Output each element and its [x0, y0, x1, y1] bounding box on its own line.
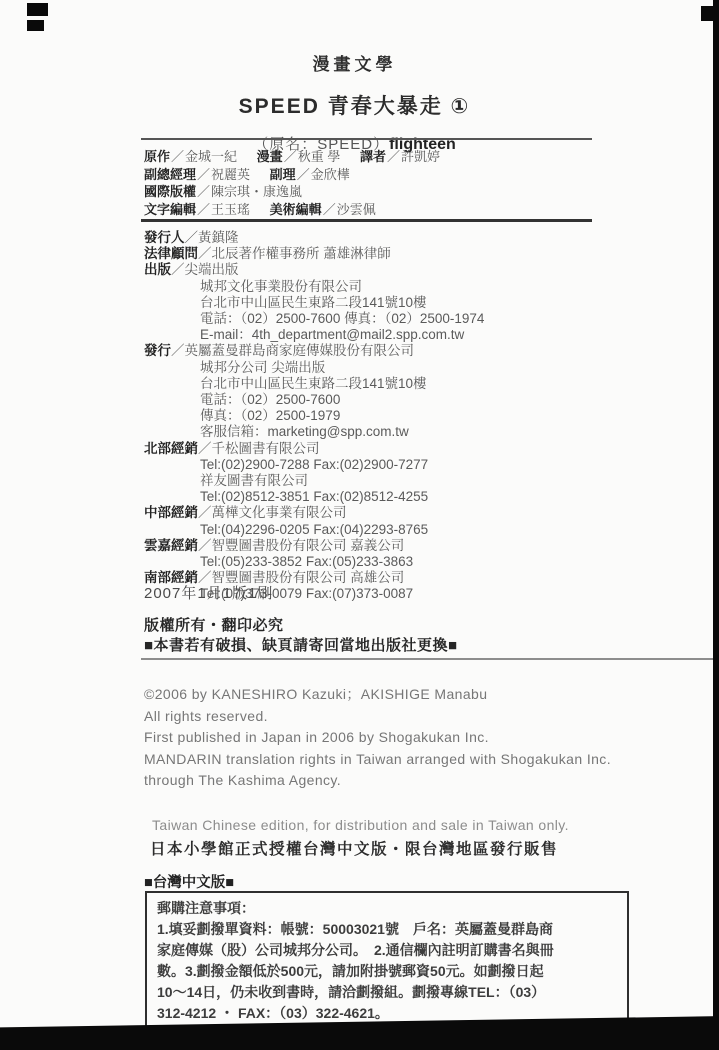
entry-separator: ／ [171, 262, 185, 277]
credit-label: 文字編輯 [144, 201, 196, 219]
credit-value: 秋重 學 [298, 148, 341, 166]
credits-block: 原作／金城一紀 漫畫／秋重 學 譯者／許凱婷 副總經理／祝麗英 副理／金欣樺 國… [144, 148, 456, 218]
credit-label: 國際版權 [144, 183, 196, 201]
scan-artifact-bottom-bar [0, 1037, 719, 1050]
entry-subline: 城邦分公司 尖端出版 [144, 360, 484, 376]
entry-subline: 傳真：（02）2500-1979 [144, 408, 484, 424]
publisher-entry: 雲嘉經銷／智豐圖書股份有限公司 嘉義公司 Tel:(05)233-3852 Fa… [144, 538, 484, 570]
publisher-entry: 出版／尖端出版 城邦文化事業股份有限公司 台北市中山區民生東路二段141號10樓… [144, 262, 484, 343]
credit-label: 原作 [144, 148, 170, 166]
credit-separator: ／ [296, 166, 311, 184]
english-copyright-line: through The Kashima Agency. [144, 770, 611, 792]
colophon-page: 漫畫文學 SPEED 青春大暴走 ① （原名：SPEED）flighteen 原… [0, 0, 719, 1050]
entry-label: 法律顧問 [144, 246, 198, 261]
entry-subline: E-mail：4th_department@mail2.spp.com.tw [144, 327, 484, 343]
credit-value: 金城一紀 [185, 148, 237, 166]
scan-artifact-top-left-1 [27, 3, 48, 16]
entry-subline: 城邦文化事業股份有限公司 [144, 279, 484, 295]
entry-subline: Tel:(02)2900-7288 Fax:(02)2900-7277 [144, 457, 484, 473]
credit-separator: ／ [322, 201, 337, 219]
credit-separator: ／ [196, 183, 211, 201]
credit-value: 許凱婷 [401, 148, 440, 166]
entry-subline: Tel:(05)233-3852 Fax:(05)233-3863 [144, 554, 484, 570]
english-copyright-line: First published in Japan in 2006 by Shog… [144, 727, 611, 749]
entry-separator: ／ [198, 246, 212, 261]
page-title: SPEED 青春大暴走 ① [0, 90, 709, 120]
entry-subline: Tel:(04)2296-0205 Fax:(04)2293-8765 [144, 522, 484, 538]
entry-subline: 祥友圖書有限公司 [144, 473, 484, 489]
credits-row: 原作／金城一紀 漫畫／秋重 學 譯者／許凱婷 [144, 148, 456, 166]
english-copyright-block: ©2006 by KANESHIRO Kazuki；AKISHIGE Manab… [144, 684, 611, 792]
taiwan-edition-tag: ■台灣中文版■ [144, 871, 234, 892]
entry-subline: Tel:(02)8512-3851 Fax:(02)8512-4255 [144, 489, 484, 505]
scan-artifact-top-left-2 [27, 20, 44, 31]
entry-label: 中部經銷 [144, 505, 198, 520]
credit-value: 陳宗琪・康逸嵐 [211, 183, 302, 201]
credit-value: 祝麗英 [211, 166, 250, 184]
english-copyright-line: MANDARIN translation rights in Taiwan ar… [144, 749, 611, 771]
mail-order-line: 家庭傳媒（股）公司城邦分公司。 2.通信欄內註明訂購書名與冊 [157, 940, 618, 961]
print-info: 2007年1月1版1刷 [144, 582, 273, 603]
credit-label: 副理 [270, 166, 296, 184]
credit-label: 副總經理 [144, 166, 196, 184]
mail-order-line: 10～14日，仍未收到書時，請洽劃撥組。劃撥專線TEL：（03） [157, 982, 618, 1003]
entry-value: 萬樺文化事業有限公司 [212, 505, 347, 520]
credits-row: 文字編輯／王玉瑤 美術編輯／沙雲佩 [144, 201, 456, 219]
entry-subline: 電話：（02）2500-7600 [144, 392, 484, 408]
credit-value: 金欣樺 [311, 166, 350, 184]
taiwan-english-line: Taiwan Chinese edition, for distribution… [152, 817, 569, 833]
entry-separator: ／ [171, 343, 185, 358]
publisher-entry: 中部經銷／萬樺文化事業有限公司 Tel:(04)2296-0205 Fax:(0… [144, 505, 484, 537]
entry-label: 發行人 [144, 230, 185, 245]
mail-order-box: 郵購注意事項： 1.填妥劃撥單資料：帳號：50003021號 戶名：英屬蓋曼群島… [145, 891, 629, 1033]
credit-label: 美術編輯 [270, 201, 322, 219]
credits-row: 副總經理／祝麗英 副理／金欣樺 [144, 166, 456, 184]
divider-top [141, 138, 592, 140]
credit-separator: ／ [196, 201, 211, 219]
entry-value: 北辰著作權事務所 蕭雄淋律師 [212, 246, 391, 261]
entry-value: 尖端出版 [185, 262, 239, 277]
copyright-notice: 版權所有・翻印必究 [144, 616, 458, 636]
credit-separator: ／ [386, 148, 401, 166]
entry-value: 智豐圖書股份有限公司 嘉義公司 [212, 538, 405, 553]
mail-order-line: 郵購注意事項： [157, 898, 618, 919]
publisher-entry: 法律顧問／北辰著作權事務所 蕭雄淋律師 [144, 246, 484, 262]
damage-notice: ■本書若有破損、缺頁請寄回當地出版社更換■ [144, 636, 458, 656]
entry-subline: 客服信箱：marketing@spp.com.tw [144, 424, 484, 440]
entry-separator: ／ [198, 441, 212, 456]
credit-separator: ／ [283, 148, 298, 166]
divider-english [141, 658, 713, 660]
entry-subline: 台北市中山區民生東路二段141號10樓 [144, 295, 484, 311]
credit-value: 沙雲佩 [337, 201, 376, 219]
entry-label: 出版 [144, 262, 171, 277]
entry-separator: ／ [185, 230, 199, 245]
english-copyright-line: ©2006 by KANESHIRO Kazuki；AKISHIGE Manab… [144, 684, 611, 706]
divider-credits [141, 219, 592, 222]
entry-separator: ／ [198, 505, 212, 520]
credit-label: 漫畫 [257, 148, 283, 166]
publisher-entry: 發行人／黃鎮隆 [144, 230, 484, 246]
mail-order-line: 數。3.劃撥金額低於500元，請加附掛號郵資50元。如劃撥日起 [157, 961, 618, 982]
publisher-entry: 發行／英屬蓋曼群島商家庭傳媒股份有限公司 城邦分公司 尖端出版 台北市中山區民生… [144, 343, 484, 440]
rights-notice: 版權所有・翻印必究 ■本書若有破損、缺頁請寄回當地出版社更換■ [144, 616, 458, 655]
mail-order-line: 1.填妥劃撥單資料：帳號：50003021號 戶名：英屬蓋曼群島商 [157, 919, 618, 940]
series-label: 漫畫文學 [0, 50, 709, 75]
credit-value: 王玉瑤 [211, 201, 250, 219]
credit-separator: ／ [196, 166, 211, 184]
english-copyright-line: All rights reserved. [144, 706, 611, 728]
entry-value: 黃鎮隆 [198, 230, 239, 245]
entry-separator: ／ [198, 538, 212, 553]
entry-label: 雲嘉經銷 [144, 538, 198, 553]
publisher-entry: 北部經銷／千松圖書有限公司 Tel:(02)2900-7288 Fax:(02)… [144, 441, 484, 506]
entry-subline: 台北市中山區民生東路二段141號10樓 [144, 376, 484, 392]
taiwan-authorization-line: 日本小學館正式授權台灣中文版・限台灣地區發行販售 [150, 837, 558, 859]
credit-separator: ／ [170, 148, 185, 166]
entry-value: 英屬蓋曼群島商家庭傳媒股份有限公司 [185, 343, 415, 358]
entry-label: 發行 [144, 343, 171, 358]
scan-artifact-right-edge [713, 0, 719, 1050]
entry-value: 千松圖書有限公司 [212, 441, 320, 456]
entry-subline: 電話：（02）2500-7600 傳真：（02）2500-1974 [144, 311, 484, 327]
credit-label: 譯者 [360, 148, 386, 166]
publisher-block: 發行人／黃鎮隆 法律顧問／北辰著作權事務所 蕭雄淋律師 出版／尖端出版 城邦文化… [144, 230, 484, 603]
credits-row: 國際版權／陳宗琪・康逸嵐 [144, 183, 456, 201]
entry-label: 北部經銷 [144, 441, 198, 456]
